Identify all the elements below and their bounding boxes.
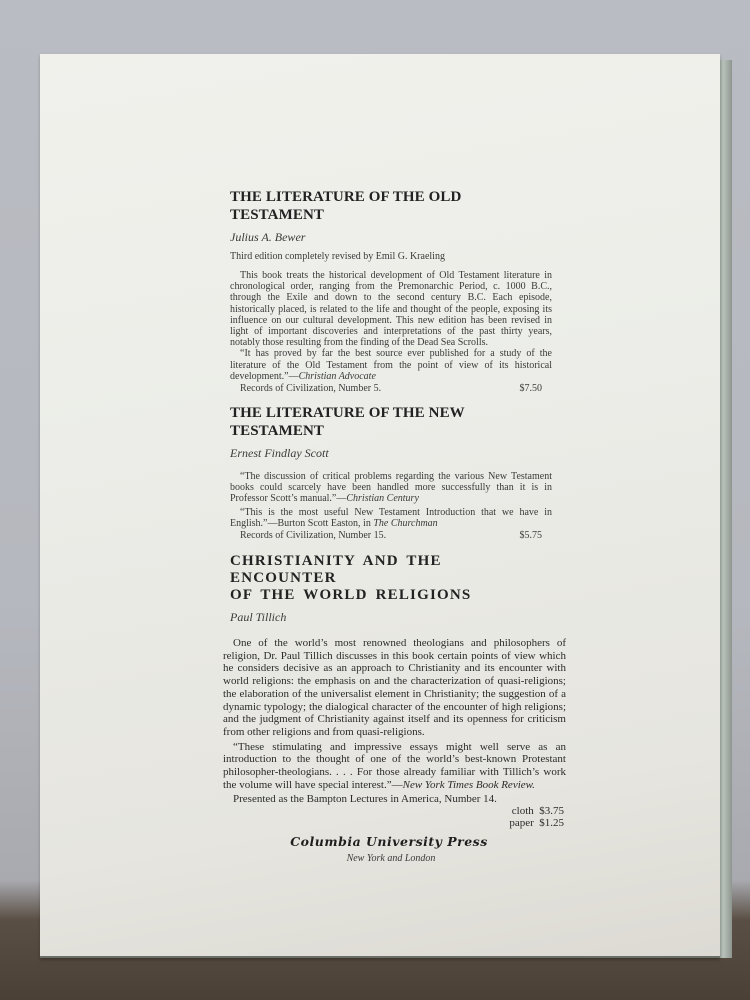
review-quote: “This is the most useful New Testament I…: [230, 507, 552, 529]
review-source: Christian Advocate: [299, 371, 376, 382]
price: $5.75: [520, 530, 543, 541]
book-description: One of the world’s most renowned theolog…: [223, 637, 566, 739]
series-and-price: Records of Civilization, Number 15. $5.7…: [230, 530, 552, 541]
book-listing-old-testament: THE LITERATURE OF THE OLD TESTAMENT Juli…: [230, 188, 552, 394]
book-listing-christianity-encounter: CHRISTIANITY AND THE ENCOUNTER OF THE WO…: [230, 553, 552, 829]
book-listing-new-testament: THE LITERATURE OF THE NEW TESTAMENT Erne…: [230, 404, 552, 541]
book-title: CHRISTIANITY AND THE ENCOUNTER OF THE WO…: [230, 553, 552, 604]
publisher-place: New York and London: [230, 853, 552, 864]
book-spine-edge: [718, 60, 732, 958]
review-source: Christian Century: [346, 493, 419, 504]
series-and-price: Records of Civilization, Number 5. $7.50: [230, 383, 552, 394]
book-description: This book treats the historical developm…: [230, 270, 552, 348]
series-label: Presented as the Bampton Lectures in Ame…: [233, 793, 497, 805]
publisher-imprint: Columbia University Press New York and L…: [230, 834, 552, 864]
price: $7.50: [520, 383, 543, 394]
series-label-line: Presented as the Bampton Lectures in Ame…: [223, 793, 566, 805]
book-title: THE LITERATURE OF THE OLD TESTAMENT: [230, 188, 552, 224]
book-author: Paul Tillich: [230, 610, 552, 625]
review-quote: “These stimulating and impressive essays…: [223, 741, 566, 792]
book-author: Julius A. Bewer: [230, 230, 552, 245]
review-source: New York Times Book Review.: [403, 779, 535, 791]
price-list: cloth $3.75 paper $1.25: [230, 805, 566, 829]
series-label: Records of Civilization, Number 5.: [240, 383, 381, 394]
book-title: THE LITERATURE OF THE NEW TESTAMENT: [230, 404, 552, 440]
book-edition-note: Third edition completely revised by Emil…: [230, 251, 552, 262]
publisher-name: Columbia University Press: [228, 834, 550, 849]
review-quote: “It has proved by far the best source ev…: [230, 348, 552, 382]
price-cloth: cloth $3.75: [230, 805, 566, 817]
review-source: The Churchman: [373, 518, 437, 529]
book-listings: THE LITERATURE OF THE OLD TESTAMENT Juli…: [230, 188, 552, 829]
book-author: Ernest Findlay Scott: [230, 446, 552, 461]
series-label: Records of Civilization, Number 15.: [240, 530, 386, 541]
price-paper: paper $1.25: [230, 817, 566, 829]
review-quote: “The discussion of critical problems reg…: [230, 471, 552, 505]
